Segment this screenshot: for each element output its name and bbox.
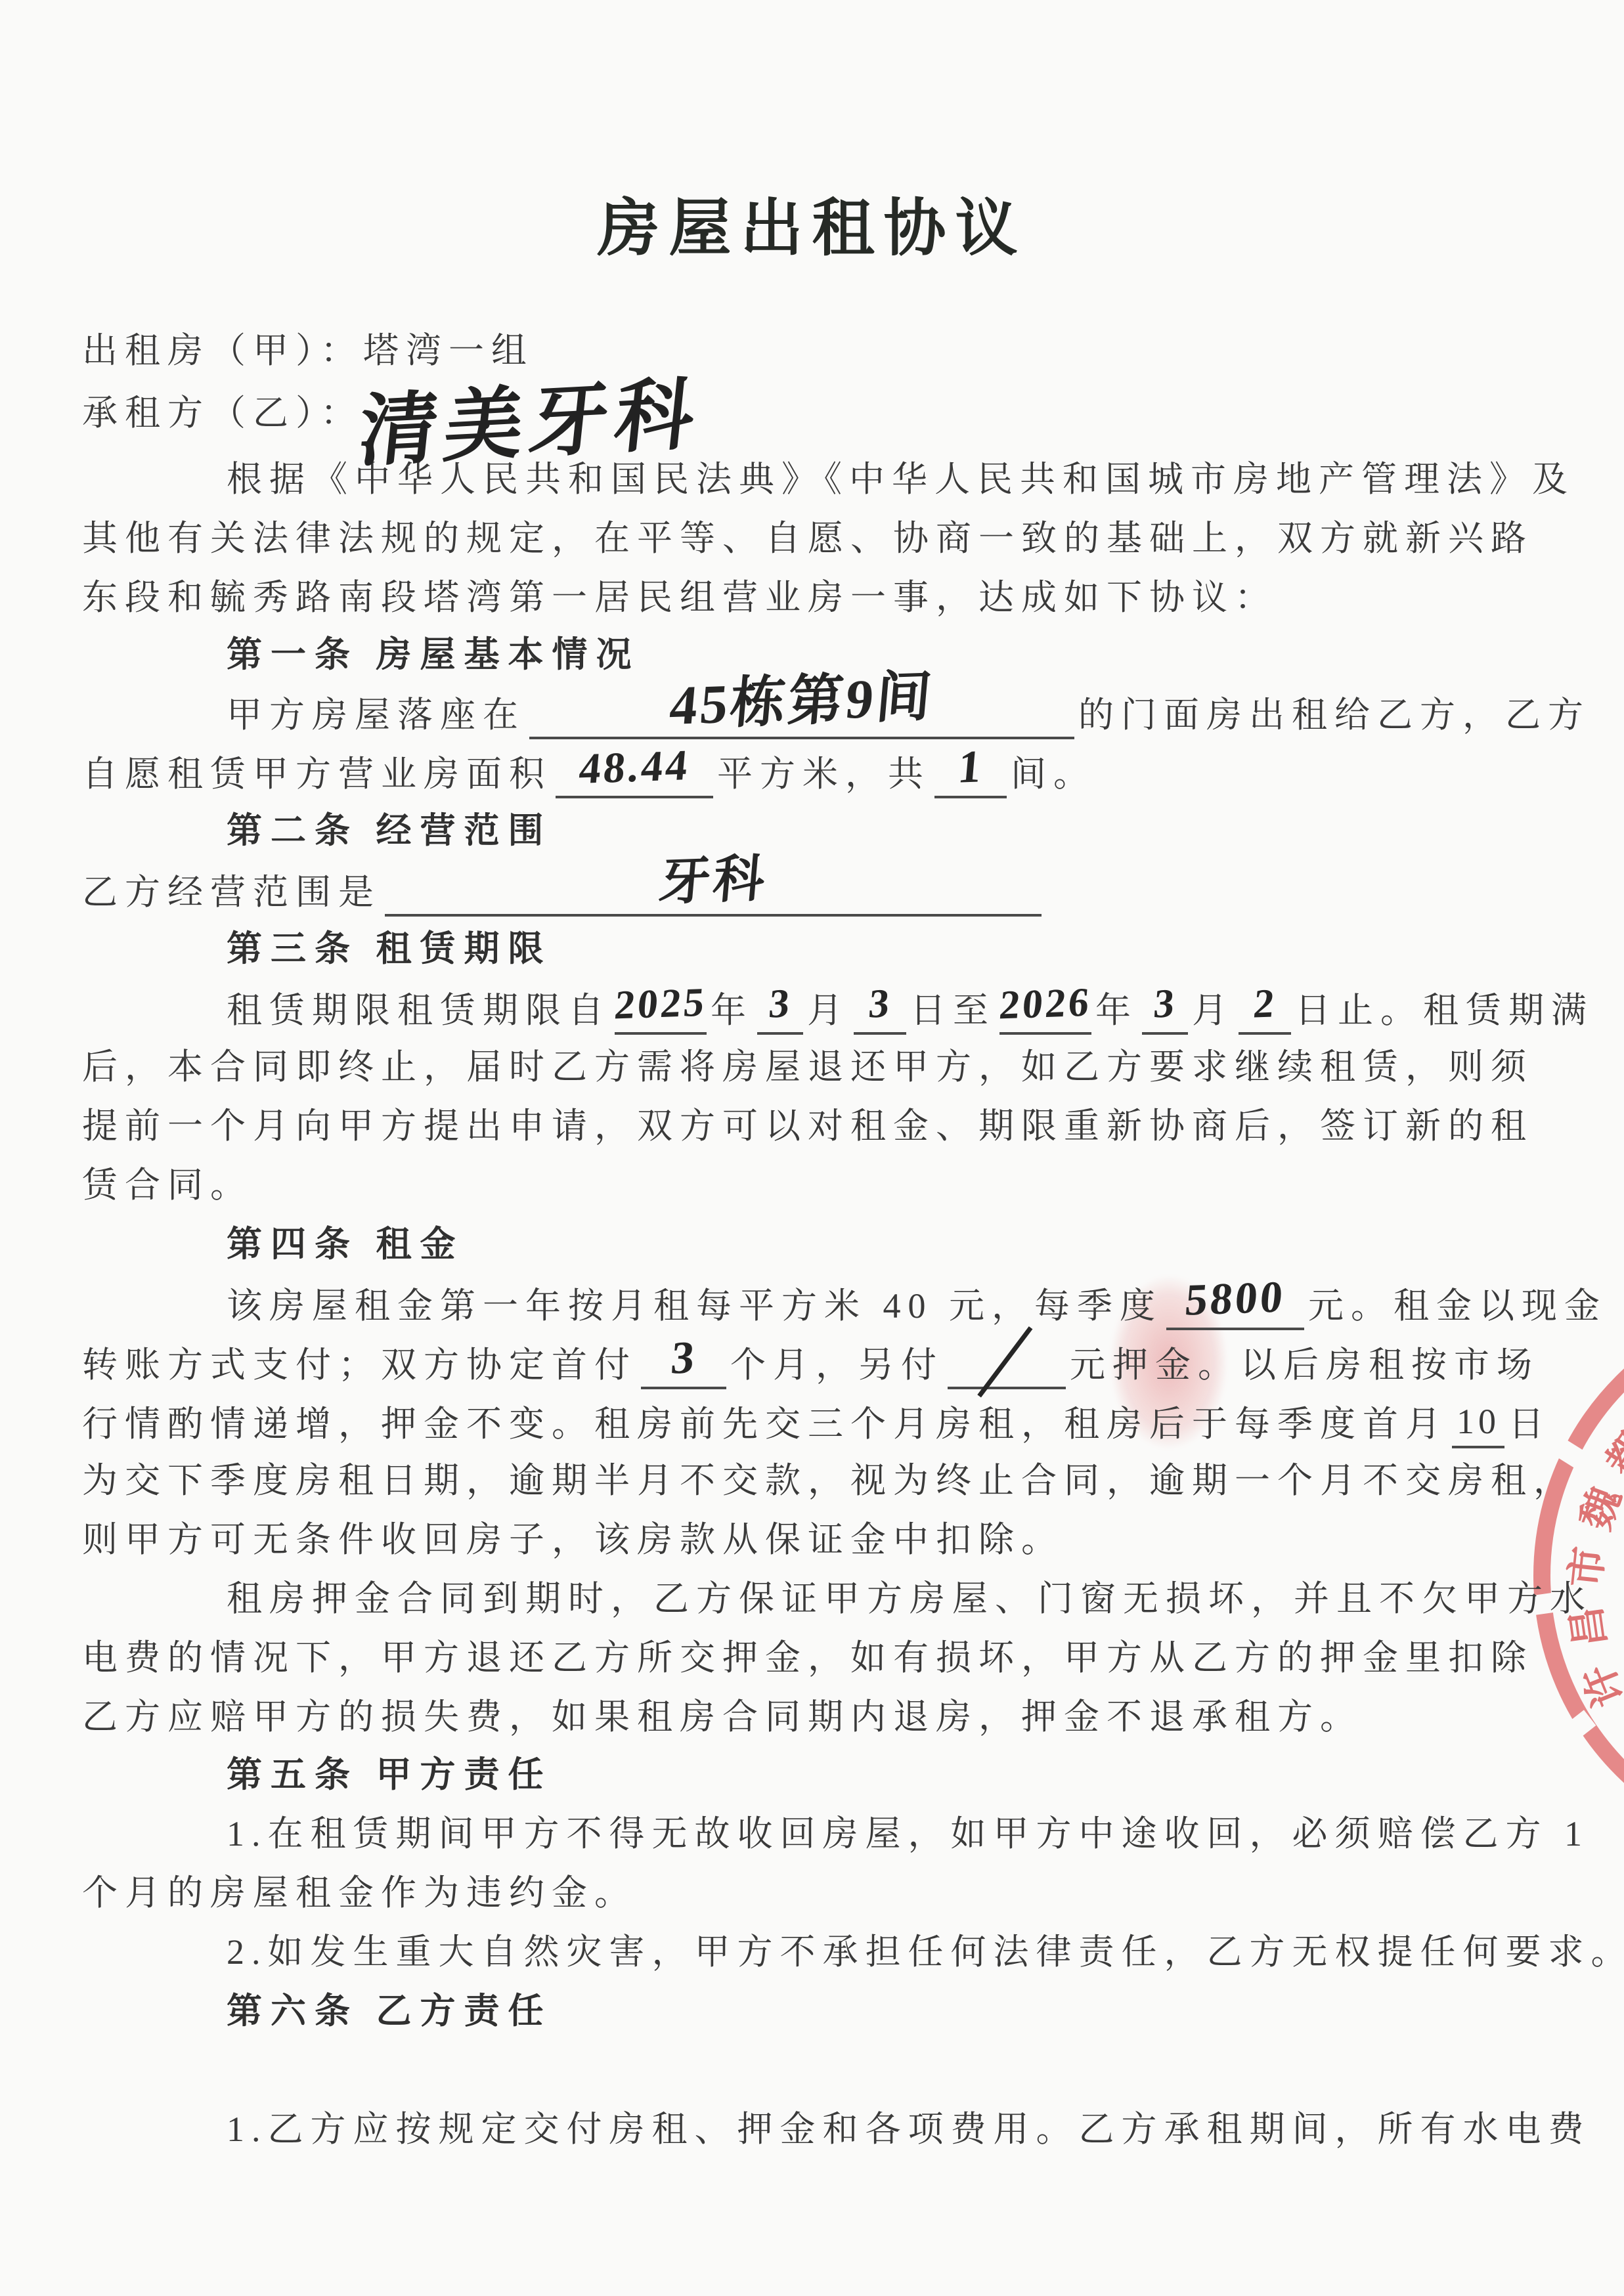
text-segment: 月: [807, 991, 850, 1030]
text-segment: 年: [1095, 991, 1138, 1030]
article4-line-2: 转账方式支付；双方协定首付3个月，另付／元押金。以后房租按市场: [82, 1338, 1539, 1389]
article3-line-4: 赁合同。: [82, 1161, 253, 1209]
text-segment: 甲方房屋落座在: [227, 695, 525, 735]
typed-pay-day: 10: [1457, 1402, 1500, 1441]
text-segment: 月: [1192, 991, 1235, 1030]
handwritten-location: 45栋第9间: [668, 673, 936, 731]
fill-room-count: 1: [934, 747, 1007, 798]
text-segment: 自愿租赁甲方营业房面积: [82, 754, 552, 794]
article5-line-2: 个月的房屋租金作为违约金。: [82, 1869, 637, 1917]
handwritten-start-year: 2025: [613, 978, 709, 1029]
article6-heading: 第六条 乙方责任: [227, 1987, 552, 2035]
fill-quarterly-rent: 5800: [1166, 1279, 1304, 1330]
article4-line-3: 行情酌情递增，押金不变。租房前先交三个月房租，租房后于每季度首月10日: [82, 1397, 1551, 1448]
text-segment: 日止。租赁期满: [1295, 991, 1594, 1030]
seal-character: 都: [1600, 1426, 1624, 1484]
fill-end-year: 2026: [999, 984, 1091, 1035]
article2-line-1: 乙方经营范围是牙科: [82, 865, 1045, 917]
article5-line-3: 2.如发生重大自然灾害，甲方不承担任何法律责任，乙方无权提任何要求。: [227, 1928, 1624, 1976]
lessor-label: 出租房（甲）：: [82, 331, 363, 370]
article4-line-5: 则甲方可无条件收回房子，该房款从保证金中扣除。: [82, 1515, 1064, 1564]
text-segment: 日: [1508, 1404, 1551, 1444]
text-segment: 的门面房出租给乙方，乙方: [1078, 695, 1591, 735]
article3-line-2: 后，本合同即终止，届时乙方需将房屋退还甲方，如乙方要求继续租赁，则须: [82, 1043, 1533, 1091]
handwritten-first-pay-months: 3: [669, 1333, 698, 1383]
text-segment: 行情酌情递增，押金不变。租房前先交三个月房租，租房后于每季度首月: [82, 1404, 1448, 1444]
article4-para2-line-3: 乙方应赔甲方的损失费，如果租房合同期内退房，押金不退承租方。: [82, 1693, 1363, 1741]
text-segment: 租赁期限租赁期限自: [227, 991, 611, 1030]
handwritten-end-day: 2: [1251, 979, 1278, 1028]
text-segment: 元。租金以现金: [1308, 1286, 1607, 1326]
fill-deposit-amount: ／: [948, 1338, 1066, 1389]
fill-area: 48.44: [556, 747, 713, 798]
text-segment: 转账方式支付；双方协定首付: [82, 1345, 637, 1385]
article4-para2-line-2: 电费的情况下，甲方退还乙方所交押金，如有损坏，甲方从乙方的押金里扣除: [82, 1634, 1533, 1682]
fill-start-day: 3: [854, 984, 906, 1035]
article4-line-4: 为交下季度房租日期，逾期半月不交款，视为终止合同，逾期一个月不交房租，: [82, 1456, 1576, 1505]
fill-business-scope: 牙科: [385, 865, 1042, 917]
document-title: 房屋出租协议: [597, 179, 1026, 268]
seal-character: 魏: [1575, 1482, 1624, 1536]
article5-heading: 第五条 甲方责任: [227, 1750, 552, 1799]
article1-line-2: 自愿租赁甲方营业房面积48.44平方米，共1间。: [82, 747, 1096, 798]
lessee-label: 承租方（乙）：: [82, 393, 363, 433]
handwritten-quarterly-rent: 5800: [1183, 1272, 1287, 1324]
text-segment: 年: [711, 991, 753, 1030]
fill-location: 45栋第9间: [529, 688, 1074, 739]
article3-line-3: 提前一个月向甲方提出申请，双方可以对租金、期限重新协商后，签订新的租: [82, 1102, 1533, 1150]
handwritten-end-year: 2026: [998, 978, 1093, 1029]
handwritten-start-day: 3: [866, 979, 893, 1028]
article3-heading: 第三条 租赁期限: [227, 924, 552, 973]
seal-ink-gap: [1546, 1710, 1596, 1755]
seal-character: 许: [1577, 1658, 1624, 1712]
handwritten-room-count: 1: [955, 743, 985, 792]
fill-end-month: 3: [1142, 984, 1188, 1035]
text-segment: 乙方经营范围是: [82, 873, 381, 912]
fill-end-day: 2: [1239, 984, 1291, 1035]
handwritten-start-month: 3: [766, 979, 793, 1028]
text-segment: 间。: [1011, 754, 1096, 794]
fill-start-year: 2025: [615, 984, 707, 1035]
text-segment: 平方米，共: [717, 754, 931, 794]
article2-heading: 第二条 经营范围: [227, 806, 552, 855]
article4-line-1: 该房屋租金第一年按月租每平方米 40 元，每季度5800元。租金以现金: [227, 1279, 1607, 1330]
text-segment: 元押金。以后房租按市场: [1070, 1345, 1539, 1385]
fill-start-month: 3: [757, 984, 803, 1035]
article6-line-1: 1.乙方应按规定交付房租、押金和各项费用。乙方承租期间，所有水电费: [227, 2105, 1591, 2154]
article1-heading: 第一条 房屋基本情况: [227, 630, 640, 679]
preamble-line-3: 东段和毓秀路南段塔湾第一居民组营业房一事，达成如下协议：: [82, 573, 1277, 622]
handwritten-end-month: 3: [1151, 979, 1178, 1028]
fill-first-pay-months: 3: [641, 1338, 726, 1389]
article3-line-1: 租赁期限租赁期限自2025年3月3日至2026年3月2日止。租赁期满: [227, 984, 1594, 1035]
fill-pay-day: 10: [1452, 1397, 1504, 1448]
handwritten-area: 48.44: [577, 741, 692, 794]
article4-para2-line-1: 租房押金合同到期时，乙方保证甲方房屋、门窗无损坏，并且不欠甲方水: [227, 1574, 1592, 1623]
lessee-handwritten-name: 清美牙科: [354, 351, 707, 482]
article4-heading: 第四条 租金: [227, 1220, 464, 1268]
text-segment: 该房屋租金第一年按月租每平方米 40 元，每季度: [227, 1286, 1162, 1326]
lessee-line: 承租方（乙）：: [82, 389, 363, 437]
article1-line-1: 甲方房屋落座在45栋第9间的门面房出租给乙方，乙方: [227, 688, 1591, 739]
preamble-line-2: 其他有关法律法规的规定，在平等、自愿、协商一致的基础上，双方就新兴路: [82, 514, 1533, 563]
handwritten-business-scope: 牙科: [657, 854, 769, 907]
text-segment: 日至: [910, 991, 996, 1030]
handwritten-deposit-slash: ／: [969, 1336, 1043, 1394]
article5-line-1: 1.在租赁期间甲方不得无故收回房屋，如甲方中途收回，必须赔偿乙方 1: [227, 1809, 1589, 1858]
text-segment: 个月，另付: [730, 1345, 944, 1385]
contract-page: 许 昌 市 魏 都 区 房屋出租协议 出租房（甲）：塔湾一组 承租方（乙）： 清…: [0, 0, 1624, 2296]
